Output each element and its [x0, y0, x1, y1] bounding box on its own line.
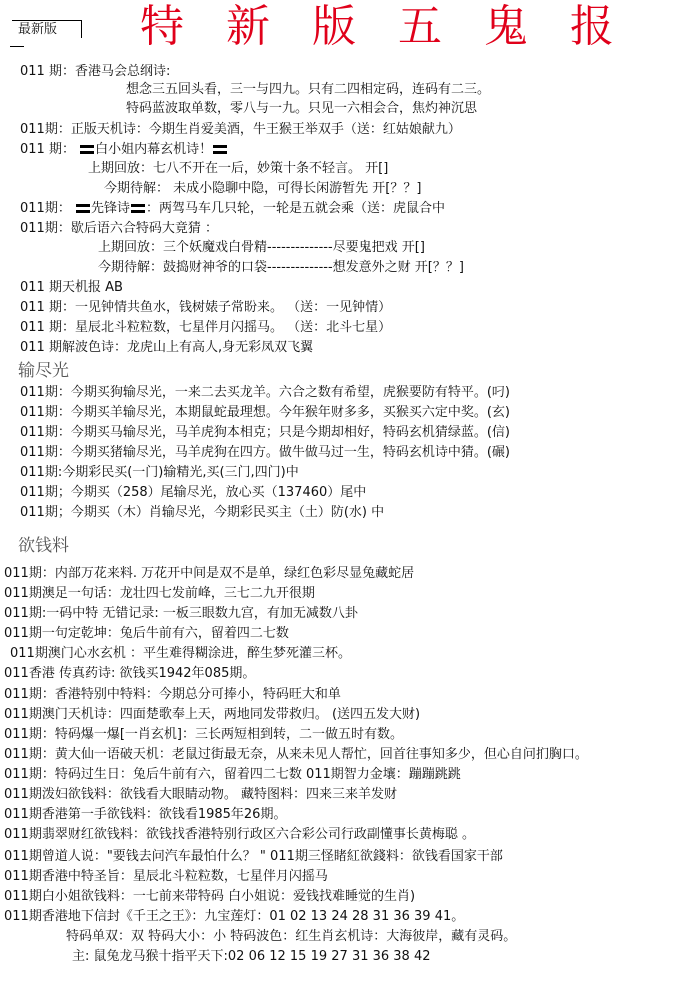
text-line: 011期；今期买（木）肖输尽光，今期彩民买主（土）防(水) 中	[20, 504, 384, 522]
text-line: 上期回放：三个妖魔戏白骨精--------------尽要鬼把戏 开[]	[98, 239, 425, 257]
double-bar-icon	[213, 145, 227, 154]
text-line: 上期回放：七八不开在一后，妙策十条不轻言。 开[]	[88, 160, 388, 178]
section-heading-want-money: 欲钱料	[18, 535, 69, 557]
text-line: 011 期： 白小姐内幕玄机诗！	[20, 141, 228, 159]
text-line: 011期香港中特圣旨：星辰北斗粒粒数，七星伴月闪摇马	[4, 868, 328, 886]
double-bar-icon	[76, 204, 90, 213]
text-line: 011期澳足一句话：龙壮四七发前峰，三七二九开很期	[4, 585, 315, 603]
text-line: 011期：正版天机诗：今期生肖爱美酒，牛王猴王举双手（送：红姑娘献九）	[20, 121, 461, 139]
text-line: 011期；今期买（258）尾输尽光，放心买（137460）尾中	[20, 484, 366, 502]
double-bar-icon	[80, 145, 94, 154]
badge-dash	[10, 46, 24, 47]
text-line: 011期：今期买狗输尽光，一来二去买龙羊。六合之数有希望，虎猴要防有特平。(叼)	[20, 384, 510, 402]
section-heading-lose-all: 输尽光	[18, 360, 69, 382]
text-line: 011期:今期彩民买(一门)输精光,买(三门,四门)中	[20, 464, 299, 482]
inline-label: 先锋诗	[91, 201, 130, 216]
text-line: 011期：黄大仙一语破天机：老鼠过街最无奈，从来未见人帮忙，回首往事知多少，但心…	[4, 746, 588, 764]
text-line: 011 期解波色诗：龙虎山上有高人,身无彩凤双飞翼	[20, 339, 313, 357]
text-line: 011期：今期买羊输尽光，本期鼠蛇最理想。今年猴年财多多，买猴买六定中奖。(玄)	[20, 404, 510, 422]
text-line: 011期一句定乾坤：兔后牛前有六，留着四二七数	[4, 625, 289, 643]
text-line: 011期白小姐欲钱料：一七前来带特码 白小姐说：爱钱找难睡觉的生肖)	[4, 888, 415, 906]
text-line: 011香港 传真药诗: 欲钱买1942年085期。	[4, 665, 255, 683]
text-line: 011期：内部万花来料. 万花开中间是双不是单，绿红色彩尽显兔藏蛇居	[4, 565, 414, 583]
text-line: 011 期：香港马会总纲诗:	[20, 63, 170, 81]
text-line: 特码单双：双 特码大小：小 特码波色：红生肖玄机诗：大海彼岸，藏有灵码。	[66, 928, 516, 946]
text-line: 011期曾道人说："要钱去问汽车最怕什么？ " 011期三怪睹紅欲錢料：欲钱看国…	[4, 848, 503, 866]
version-badge: 最新版	[12, 20, 82, 38]
text-line: 011期香港第一手欲钱料：欲钱看1985年26期。	[4, 806, 286, 824]
text-line: 主: 鼠兔龙马猴十指平天下:02 06 12 15 19 27 31 36 38…	[72, 948, 431, 966]
text-line: 011期：今期买马输尽光，马羊虎狗本相克；只是今期却相好，特码玄机猜绿蓝。(信)	[20, 424, 510, 442]
text-line: 011期：特码过生日：兔后牛前有六，留着四二七数 011期智力金壤：蹦蹦跳跳	[4, 766, 461, 784]
text-line: 011期泼妇欲钱料：欲钱看大眼睛动物。 藏特图料：四来三来羊发财	[4, 786, 397, 804]
text-line: 想念三五回头看，三一与四九。只有二四相定码，连码有二三。	[126, 81, 490, 99]
text-line: 011期澳门心水玄机 ：平生难得糊涂进，醉生梦死灌三杯。	[10, 645, 351, 663]
text-line: 011期香港地下信封《千王之王》：九宝莲灯：01 02 13 24 28 31 …	[4, 908, 464, 926]
text-line: 特码蓝波取单数，零八与一九。只见一六相会合，焦灼神沉思	[126, 100, 477, 118]
text-line: 011期： 先锋诗：两驾马车几只轮，一轮是五就会乘（送：虎鼠合中	[20, 200, 445, 218]
text-line: 011 期：一见钟情共鱼水，钱树婊子常盼来。 （送：一见钟情）	[20, 299, 391, 317]
text-line: 011期：特码爆一爆[一肖玄机]：三长两短相到转，二一做五时有数。	[4, 726, 403, 744]
text-line: 011期澳门天机诗：四面楚歌奉上天，两地同发带救归。 (送四五发大财)	[4, 706, 420, 724]
double-bar-icon	[131, 204, 145, 213]
inline-label: 白小姐内幕玄机诗！	[95, 142, 212, 157]
text-line: 今期待解：鼓捣财神爷的口袋--------------想发意外之财 开[？？]	[98, 259, 464, 277]
text-line: 011期：今期买猪输尽光，马羊虎狗在四方。做牛做马过一生，特码玄机诗中猜。(碾)	[20, 444, 510, 462]
page-title: 特 新 版 五 鬼 报	[140, 2, 628, 52]
text-line: 011 期天机报 AB	[20, 279, 123, 297]
text-line: 011期:一码中特 无错记录: 一板三眼数九宫，有加无减数八卦	[4, 605, 358, 623]
text-line: 011期翡翠财红欲钱料：欲钱找香港特别行政区六合彩公司行政副懂事长黄梅聪 。	[4, 826, 475, 844]
text-line: 011 期：星辰北斗粒粒数，七星伴月闪摇马。 （送：北斗七星）	[20, 319, 391, 337]
text-line: 今期待解： 未成小隐聊中隐，可得长闲游暂先 开[？？]	[104, 180, 421, 198]
text-line: 011期：香港特别中特料：今期总分可捧小，特码旺大和单	[4, 686, 341, 704]
text-line: 011期：歇后语六合特码大竟猜 ：	[20, 220, 218, 238]
